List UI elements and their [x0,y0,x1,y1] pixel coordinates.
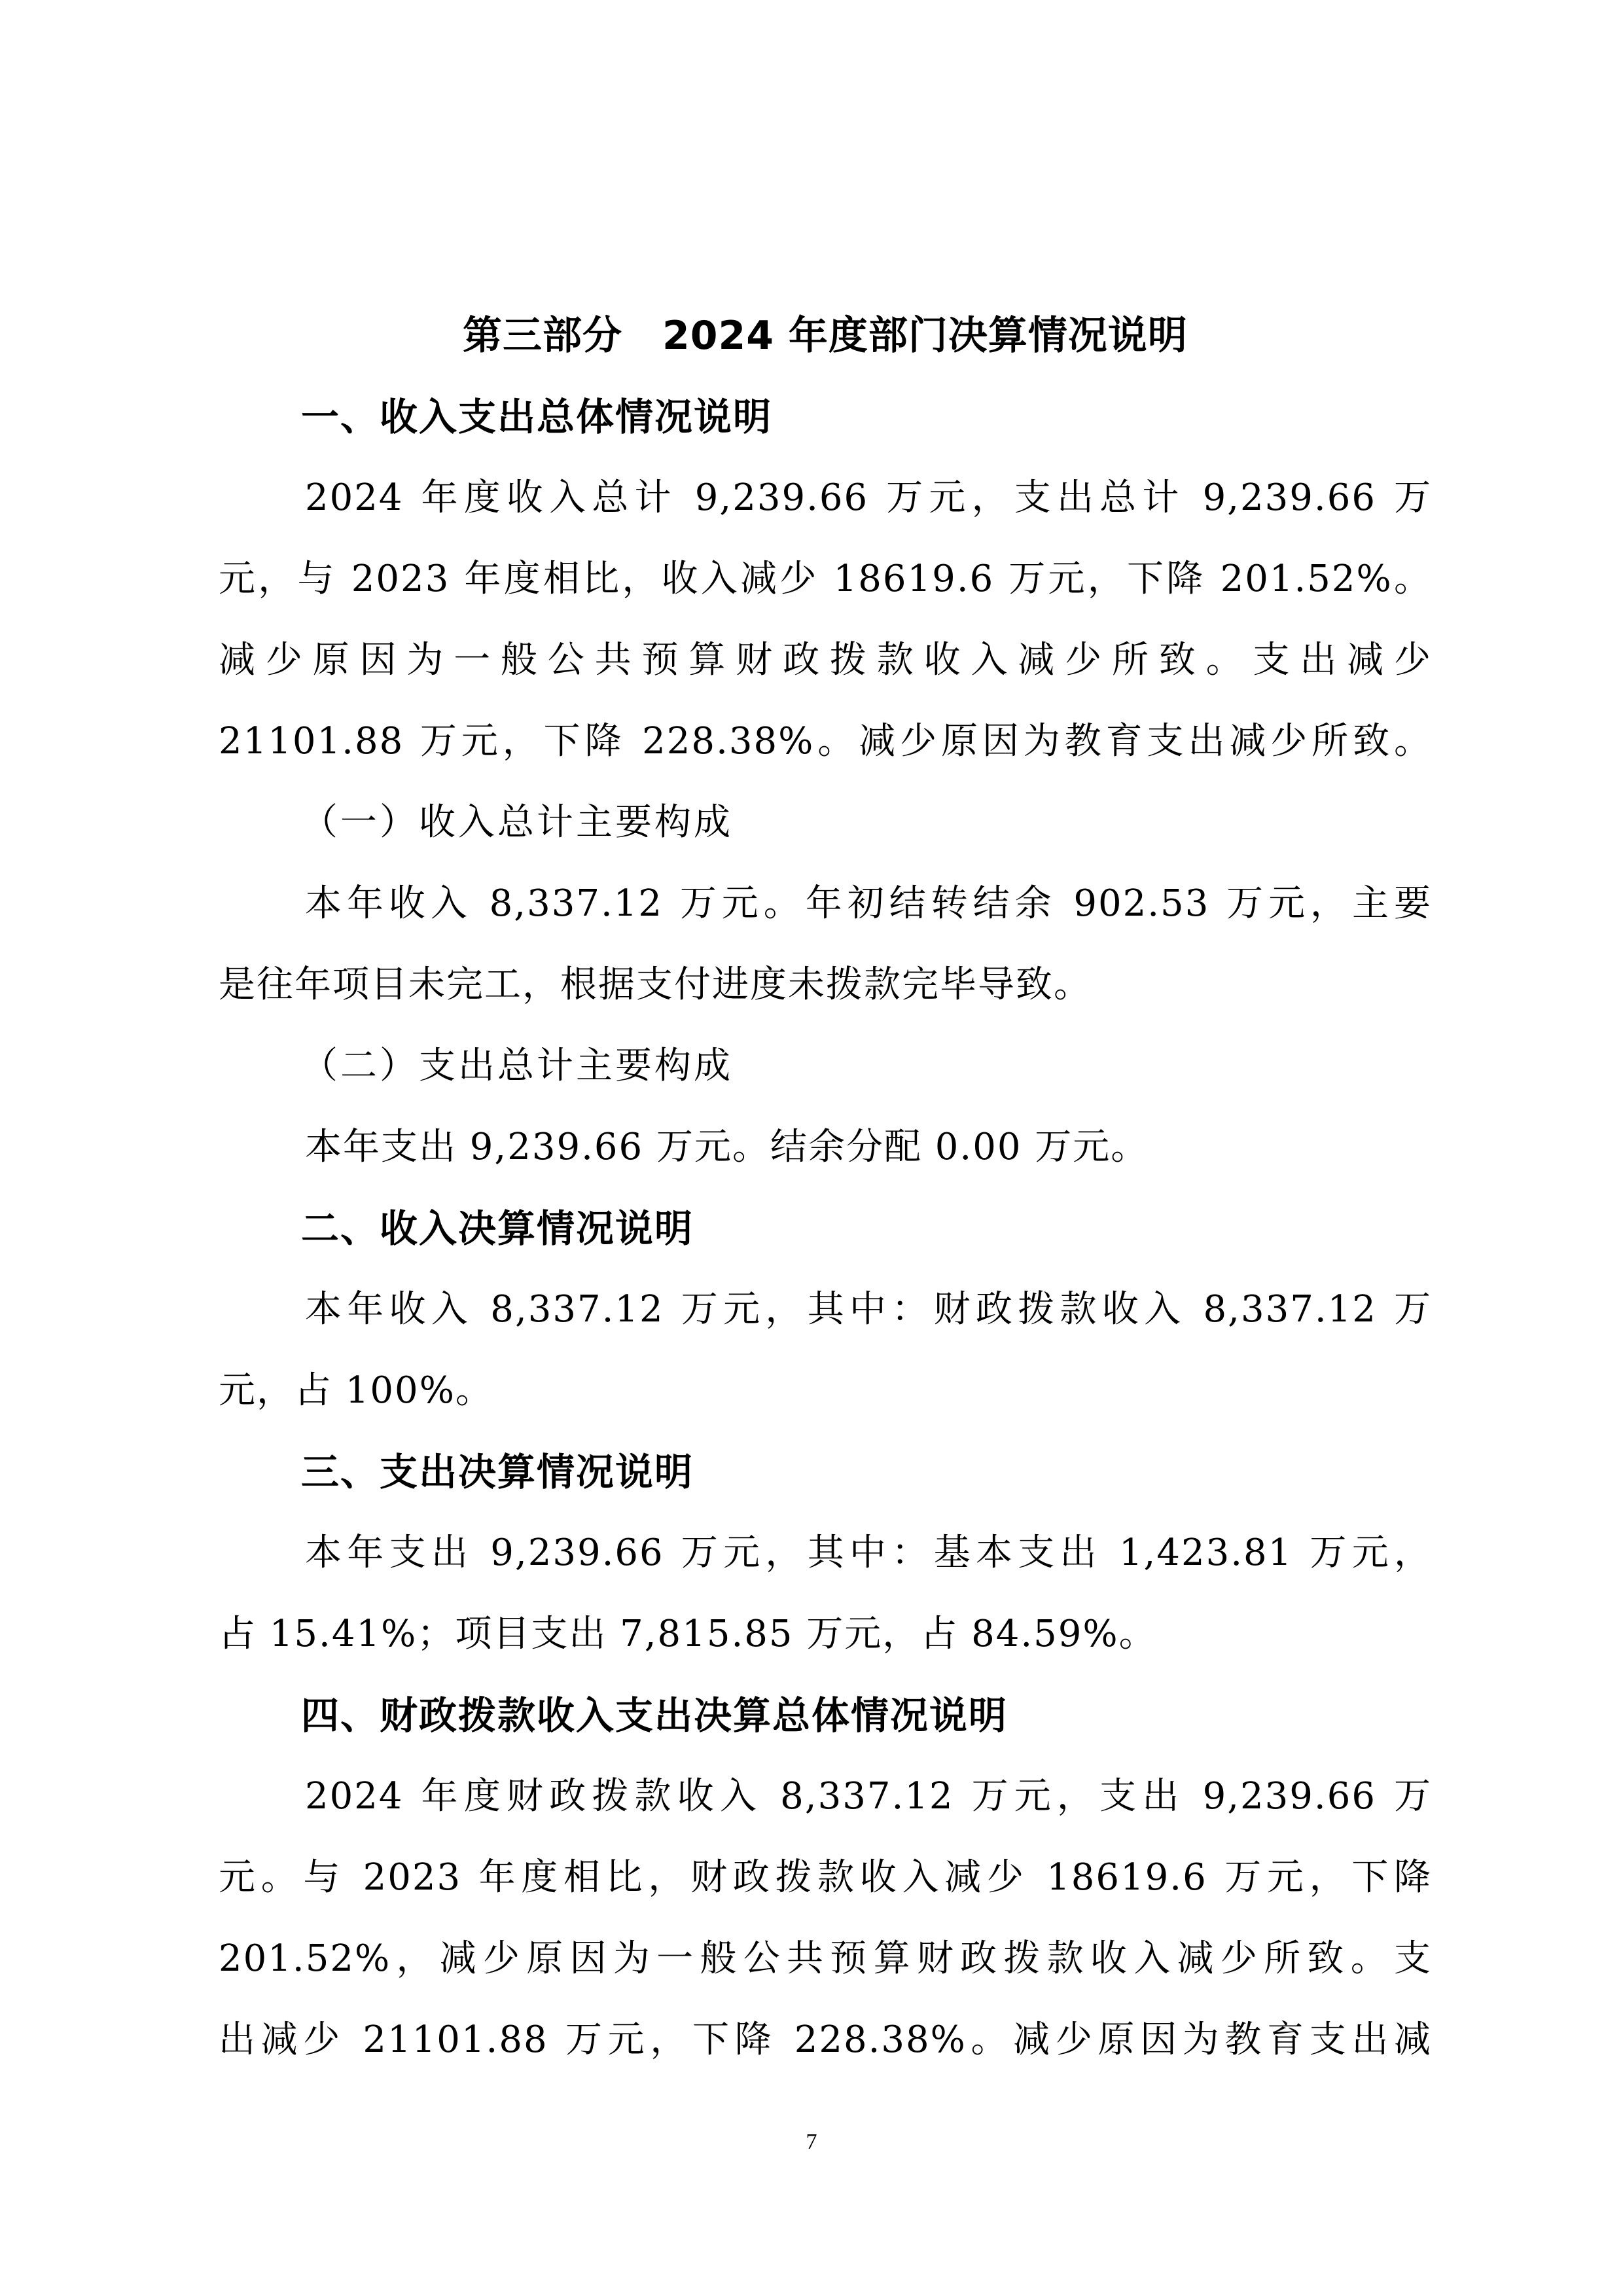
section-heading-2: 二、收入决算情况说明 [301,1199,694,1258]
page-title: 第三部分 2024 年度部门决算情况说明 [219,306,1432,365]
paragraph-line: 2024 年度收入总计 9,239.66 万元，支出总计 9,239.66 万 [305,469,1432,528]
section-heading-3: 三、支出决算情况说明 [301,1443,694,1501]
paragraph-line: 减少原因为一般公共预算财政拨款收入减少所致。支出减少 [219,631,1432,690]
section-heading-1: 一、收入支出总体情况说明 [301,387,772,446]
paragraph-line: 21101.88 万元，下降 228.38%。减少原因为教育支出减少所致。 [219,712,1432,771]
paragraph-line: 本年收入 8,337.12 万元，其中：财政拨款收入 8,337.12 万 [305,1280,1432,1339]
page-number: 7 [0,2126,1623,2159]
paragraph-line: 本年支出 9,239.66 万元。结余分配 0.00 万元。 [305,1118,1432,1177]
paragraph-line: 占 15.41%；项目支出 7,815.85 万元，占 84.59%。 [219,1605,1432,1664]
paragraph-line: 2024 年度财政拨款收入 8,337.12 万元，支出 9,239.66 万 [305,1767,1432,1826]
subsection-heading-1-1: （一）收入总计主要构成 [301,793,733,852]
paragraph-line: 本年收入 8,337.12 万元。年初结转结余 902.53 万元，主要 [305,874,1432,933]
section-heading-4: 四、财政拨款收入支出决算总体情况说明 [301,1686,1008,1745]
paragraph-line: 本年支出 9,239.66 万元，其中：基本支出 1,423.81 万元， [305,1524,1432,1583]
paragraph-line: 201.52%，减少原因为一般公共预算财政拨款收入减少所致。支 [219,1929,1432,1988]
paragraph-line: 出减少 21101.88 万元，下降 228.38%。减少原因为教育支出减 [219,2011,1432,2070]
subsection-heading-1-2: （二）支出总计主要构成 [301,1037,733,1096]
paragraph-line: 元，与 2023 年度相比，收入减少 18619.6 万元，下降 201.52%… [219,550,1432,609]
paragraph-line: 是往年项目未完工，根据支付进度未拨款完毕导致。 [219,956,1432,1014]
paragraph-line: 元，占 100%。 [219,1361,1432,1420]
paragraph-line: 元。与 2023 年度相比，财政拨款收入减少 18619.6 万元，下降 [219,1848,1432,1907]
